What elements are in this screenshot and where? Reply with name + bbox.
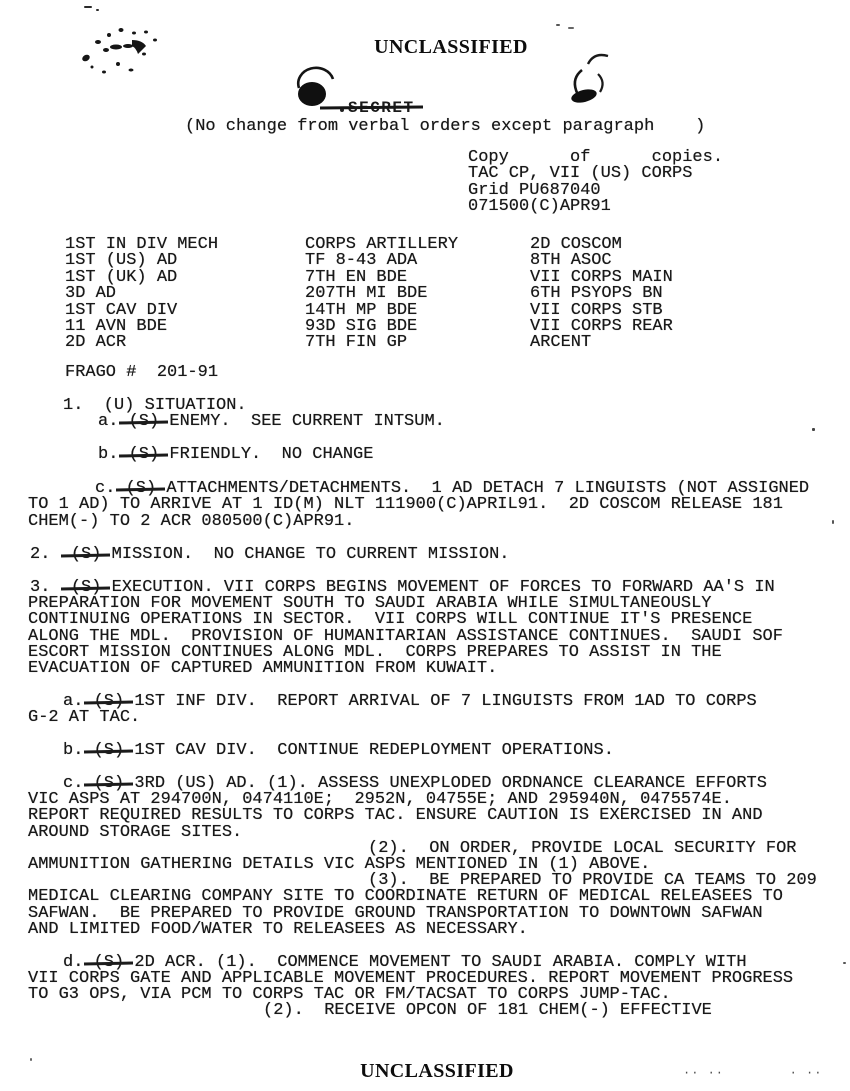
verbal-orders-note: (No change from verbal orders except par…: [185, 119, 705, 135]
task-org-column-1: 1ST IN DIV MECH 1ST (US) AD 1ST (UK) AD …: [65, 237, 218, 352]
struck-classification-mark: (S): [129, 414, 160, 430]
scan-speck: [843, 962, 846, 964]
body-text-segment: (2). RECEIVE OPCON OF 181 CHEM(-) EFFECT…: [263, 1001, 712, 1020]
scan-speck: [84, 6, 92, 8]
body-line-15: a. (S) 1ST INF DIV. REPORT ARRIVAL OF 7 …: [63, 694, 757, 710]
struck-secret-stamp: SECRET: [348, 99, 415, 117]
body-text-segment: CHEM(-) TO 2 ACR 080500(C)APR91.: [28, 512, 354, 531]
body-text-segment: MISSION. NO CHANGE TO CURRENT MISSION.: [101, 545, 509, 564]
scan-speck: [832, 520, 834, 524]
scan-speck: [568, 27, 574, 29]
scan-speck: [812, 428, 815, 431]
body-text-segment: FRIENDLY. NO CHANGE: [159, 445, 373, 464]
body-text-segment: AROUND STORAGE SITES.: [28, 823, 242, 842]
scan-artifact-dashes: ·· ·· · ··: [683, 1066, 822, 1080]
struck-classification-mark: (S): [94, 743, 125, 759]
body-line-20: REPORT REQUIRED RESULTS TO CORPS TAC. EN…: [28, 808, 763, 824]
body-line-14: EVACUATION OF CAPTURED AMMUNITION FROM K…: [28, 661, 497, 677]
body-text-segment: AND LIMITED FOOD/WATER TO RELEASEES AS N…: [28, 920, 528, 939]
body-line-11: CONTINUING OPERATIONS IN SECTOR. VII COR…: [28, 612, 752, 628]
scan-speck: [96, 9, 99, 11]
body-text-segment: FRAGO # 201-91: [65, 363, 218, 382]
body-text-segment: EVACUATION OF CAPTURED AMMUNITION FROM K…: [28, 659, 497, 678]
body-text-segment: ENEMY. SEE CURRENT INTSUM.: [159, 412, 445, 431]
body-text-segment: G-2 AT TAC.: [28, 708, 140, 727]
body-line-6: TO 1 AD) TO ARRIVE AT 1 ID(M) NLT 111900…: [28, 497, 783, 513]
body-line-16: G-2 AT TAC.: [28, 710, 140, 726]
body-line-17: b. (S) 1ST CAV DIV. CONTINUE REDEPLOYMEN…: [63, 743, 614, 759]
task-org-column-2: CORPS ARTILLERY TF 8-43 ADA 7TH EN BDE 2…: [305, 237, 458, 352]
body-line-27: AND LIMITED FOOD/WATER TO RELEASEES AS N…: [28, 922, 528, 938]
body-text-segment: 1ST INF DIV. REPORT ARRIVAL OF 7 LINGUIS…: [124, 692, 757, 711]
body-line-7: CHEM(-) TO 2 ACR 080500(C)APR91.: [28, 514, 354, 530]
scan-speck: [556, 24, 560, 26]
document-page: UNCLASSIFIED: [0, 0, 850, 1091]
struck-classification-mark: (S): [129, 447, 160, 463]
ink-squiggle: [558, 48, 628, 110]
scan-speck: [30, 1058, 32, 1061]
body-line-3: a. (S) ENEMY. SEE CURRENT INTSUM.: [98, 414, 445, 430]
task-org-column-3: 2D COSCOM 8TH ASOC VII CORPS MAIN 6TH PS…: [530, 237, 673, 352]
body-line-8: 2. (S) MISSION. NO CHANGE TO CURRENT MIS…: [30, 547, 510, 563]
copy-block: Copy of copies. TAC CP, VII (US) CORPS G…: [468, 150, 723, 216]
body-line-1: FRAGO # 201-91: [65, 365, 218, 381]
body-line-25: MEDICAL CLEARING COMPANY SITE TO COORDIN…: [28, 889, 783, 905]
ink-splotch: [76, 20, 176, 82]
body-line-31: (2). RECEIVE OPCON OF 181 CHEM(-) EFFECT…: [263, 1003, 712, 1019]
body-text-segment: 1ST CAV DIV. CONTINUE REDEPLOYMENT OPERA…: [124, 741, 614, 760]
body-line-4: b. (S) FRIENDLY. NO CHANGE: [98, 447, 373, 463]
struck-classification-mark: (S): [71, 547, 102, 563]
body-line-21: AROUND STORAGE SITES.: [28, 825, 242, 841]
